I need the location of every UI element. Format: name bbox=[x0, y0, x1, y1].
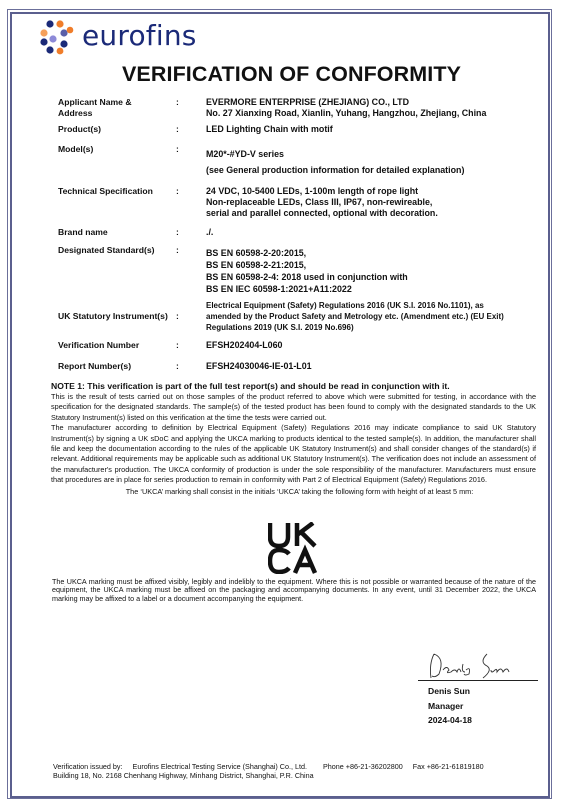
ukca-intro: The ‘UKCA’ marking shall consist in the … bbox=[51, 487, 536, 497]
field-label: Address bbox=[58, 108, 92, 118]
field-separator: : bbox=[176, 340, 206, 351]
field-value: BS EN 60598-2-21:2015, bbox=[206, 260, 306, 270]
field-model: Model(s) : M20*-#YD-V series(see General… bbox=[58, 144, 538, 178]
field-designated-standards: Designated Standard(s) : BS EN 60598-2-2… bbox=[58, 245, 538, 295]
document-title: VERIFICATION OF CONFORMITY bbox=[0, 62, 563, 87]
field-value: ./. bbox=[206, 227, 538, 238]
note-section: NOTE 1: This verification is part of the… bbox=[51, 381, 536, 497]
field-value: serial and parallel connected, optional … bbox=[206, 208, 438, 218]
signature-date: 2024-04-18 bbox=[428, 713, 472, 728]
eurofins-molecule-icon bbox=[38, 18, 76, 56]
field-verification-number: Verification Number : EFSH202404-L060 bbox=[58, 340, 538, 351]
field-value: EFSH24030046-IE-01-L01 bbox=[206, 361, 538, 372]
field-label: Product(s) bbox=[58, 124, 176, 135]
field-label: Technical Specification bbox=[58, 186, 176, 219]
field-label: Applicant Name & bbox=[58, 97, 132, 107]
field-label: Model(s) bbox=[58, 144, 176, 178]
signatory-name: Denis Sun bbox=[428, 684, 472, 699]
field-separator: : bbox=[176, 311, 206, 322]
field-separator: : bbox=[176, 227, 206, 238]
note-paragraph-1: This is the result of tests carried out … bbox=[51, 392, 536, 423]
field-value: (see General production information for … bbox=[206, 165, 464, 175]
field-separator: : bbox=[176, 245, 206, 295]
field-value: EFSH202404-L060 bbox=[206, 340, 538, 351]
field-report-numbers: Report Number(s) : EFSH24030046-IE-01-L0… bbox=[58, 361, 538, 372]
footer: Verification issued by:Eurofins Electric… bbox=[53, 763, 533, 780]
field-value: EVERMORE ENTERPRISE (ZHEJIANG) CO., LTD bbox=[206, 97, 409, 107]
fields-table: Applicant Name &Address : EVERMORE ENTER… bbox=[58, 97, 538, 372]
ukca-mark-icon bbox=[268, 522, 320, 574]
field-product: Product(s) : LED Lighting Chain with mot… bbox=[58, 124, 538, 135]
logo-wordmark: eurofins bbox=[82, 22, 197, 50]
field-value: Regulations 2019 (UK S.I. 2019 No.696) bbox=[206, 323, 354, 332]
eurofins-logo: eurofins bbox=[38, 18, 197, 56]
field-separator: : bbox=[176, 361, 206, 372]
signature-line bbox=[418, 680, 538, 681]
field-value: No. 27 Xianxing Road, Xianlin, Yuhang, H… bbox=[206, 108, 486, 118]
note-paragraph-2: The manufacturer according to definition… bbox=[51, 423, 536, 485]
signatory-title: Manager bbox=[428, 699, 472, 714]
field-value: BS EN 60598-2-20:2015, bbox=[206, 248, 306, 258]
issuer-name: Eurofins Electrical Testing Service (Sha… bbox=[133, 762, 307, 771]
ukca-affix-text: The UKCA marking must be affixed visibly… bbox=[52, 578, 536, 603]
issuer-phone: Phone +86-21-36202800 bbox=[323, 762, 403, 771]
field-technical-specification: Technical Specification : 24 VDC, 10-540… bbox=[58, 186, 538, 219]
field-value: 24 VDC, 10-5400 LEDs, 1-100m length of r… bbox=[206, 186, 418, 196]
issuer-fax: Fax +86-21-61819180 bbox=[413, 762, 484, 771]
field-value: LED Lighting Chain with motif bbox=[206, 124, 538, 135]
issued-by-label: Verification issued by: bbox=[53, 762, 123, 771]
signatory-block: Denis Sun Manager 2024-04-18 bbox=[428, 684, 472, 728]
field-label: Brand name bbox=[58, 227, 176, 238]
field-separator: : bbox=[176, 144, 206, 178]
field-value: Electrical Equipment (Safety) Regulation… bbox=[206, 301, 484, 310]
field-label: Designated Standard(s) bbox=[58, 245, 176, 295]
field-brand-name: Brand name : ./. bbox=[58, 227, 538, 238]
field-value: M20*-#YD-V series bbox=[206, 149, 284, 159]
field-label: Report Number(s) bbox=[58, 361, 176, 372]
field-value: BS EN 60598-2-4: 2018 used in conjunctio… bbox=[206, 272, 408, 282]
note-heading: NOTE 1: This verification is part of the… bbox=[51, 381, 536, 392]
field-separator: : bbox=[176, 124, 206, 135]
field-label: UK Statutory Instrument(s) bbox=[58, 311, 176, 322]
signature-scribble bbox=[425, 650, 525, 680]
field-value: amended by the Product Safety and Metrol… bbox=[206, 312, 504, 321]
field-applicant: Applicant Name &Address : EVERMORE ENTER… bbox=[58, 97, 538, 119]
field-separator: : bbox=[176, 186, 206, 219]
field-separator: : bbox=[176, 97, 206, 119]
issuer-address: Building 18, No. 2168 Chenhang Highway, … bbox=[53, 772, 533, 781]
field-value: BS EN IEC 60598-1:2021+A11:2022 bbox=[206, 284, 352, 294]
field-value: Non-replaceable LEDs, Class III, IP67, n… bbox=[206, 197, 432, 207]
field-label: Verification Number bbox=[58, 340, 176, 351]
field-uk-statutory-instruments: UK Statutory Instrument(s) : Electrical … bbox=[58, 300, 538, 333]
